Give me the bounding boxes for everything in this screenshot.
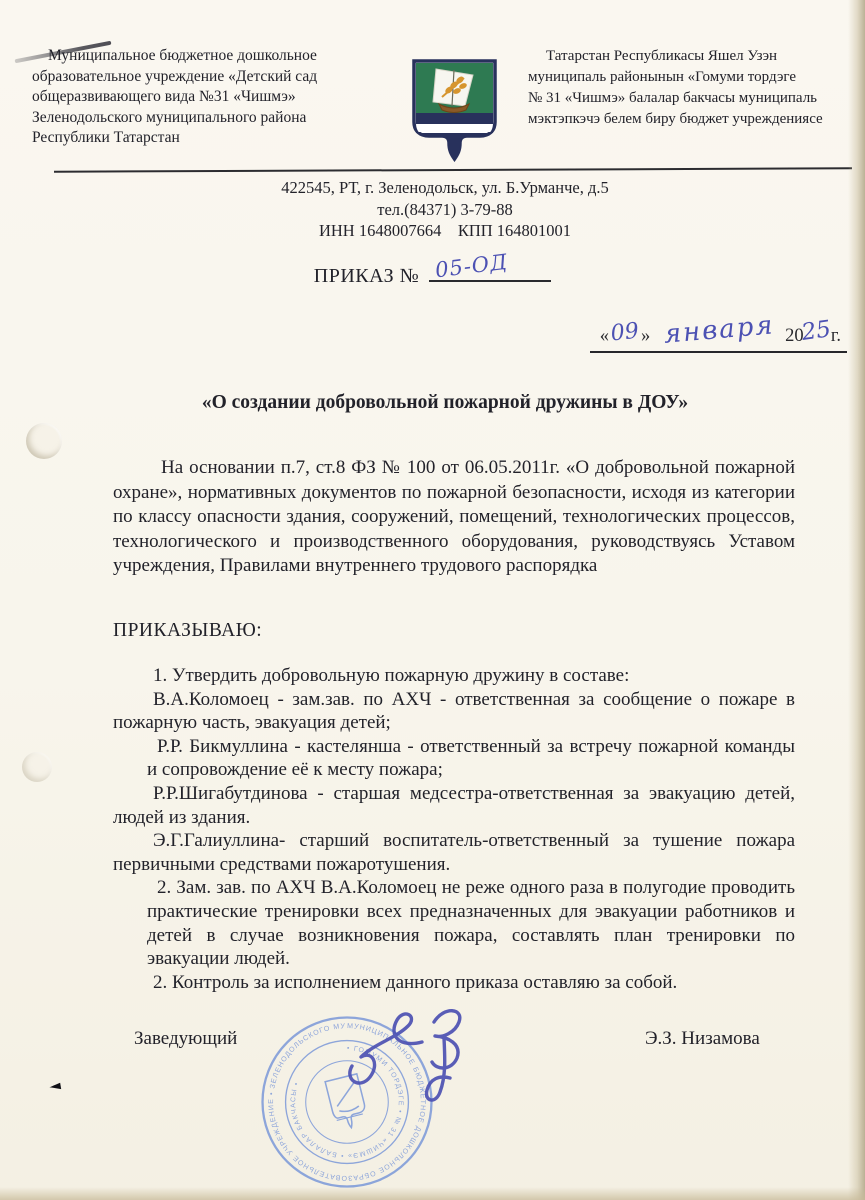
org-name-line: Татарстан Республикасы Яшел Узэн (528, 46, 860, 67)
org-name-russian: Муниципальное бюджетное дошкольное образ… (32, 46, 370, 149)
org-name-line: мэктэпкэчэ белем биру бюджет учрежденияс… (528, 109, 860, 130)
preamble-paragraph: На основании п.7, ст.8 ФЗ № 100 от 06.05… (113, 456, 795, 579)
phone-line: тел.(84371) 3-79-88 (30, 199, 860, 221)
org-name-line: Зеленодольского муниципального района (32, 108, 370, 129)
order-label: ПРИКАЗ № (314, 265, 419, 288)
signatory-name: Э.З. Низамова (645, 1028, 760, 1050)
order-item: Э.Г.Галиуллина- старший воспитатель-отве… (113, 829, 795, 876)
order-item: В.А.Коломоец - зам.зав. по АХЧ - ответст… (113, 688, 795, 735)
signatory-position: Заведующий (134, 1028, 237, 1050)
date-month-handwritten: января (663, 310, 776, 350)
org-name-line: Муниципальное бюджетное дошкольное (32, 46, 370, 67)
order-number-line: ПРИКАЗ №05-ОД (0, 254, 865, 288)
order-date-line: «09»января2025г. (590, 318, 847, 353)
header-divider-line (54, 167, 852, 172)
date-year-handwritten: 25 (799, 316, 832, 346)
org-name-line: образовательное учреждение «Детский сад (32, 67, 370, 88)
org-address-block: 422545, РТ, г. Зеленодольск, ул. Б.Урман… (30, 177, 860, 242)
org-name-line: № 31 «Чишмэ» балалар бакчасы муниципаль (528, 88, 860, 109)
scan-edge-right (848, 0, 865, 1200)
document-title: «О создании добровольной пожарной дружин… (40, 392, 850, 414)
order-number-handwritten: 05-ОД (434, 250, 509, 283)
quote-open: « (600, 326, 609, 346)
zelenodolsk-coat-of-arms-icon (406, 56, 503, 162)
cursor-arrow-mark: ◄ (48, 1078, 62, 1094)
handwritten-signature (338, 1000, 518, 1125)
date-day-handwritten: 09 (610, 319, 640, 347)
address-line: 422545, РТ, г. Зеленодольск, ул. Б.Урман… (30, 177, 860, 199)
order-item: 2. Зам. зав. по АХЧ В.А.Коломоец не реже… (113, 876, 795, 970)
org-name-line: общеразвивающего вида №31 «Чишмэ» (32, 87, 370, 108)
inn-kpp-line: ИНН 1648007664 КПП 164801001 (30, 220, 860, 242)
hole-punch-mark (26, 423, 62, 459)
order-item: Р.Р.Шигабутдинова - старшая медсестра-от… (113, 782, 795, 829)
order-item: 2. Контроль за исполнением данного прика… (113, 971, 795, 995)
quote-close: » (641, 326, 650, 346)
year-suffix: г. (831, 326, 841, 346)
org-name-tatar: Татарстан Республикасы Яшел Узэн муницип… (528, 46, 860, 130)
decree-word: ПРИКАЗЫВАЮ: (113, 620, 262, 642)
org-name-line: Республики Татарстан (32, 128, 370, 149)
order-item: 1. Утвердить добровольную пожарную дружи… (113, 664, 795, 688)
order-number-underline: 05-ОД (429, 254, 551, 282)
scan-edge-bottom (0, 1187, 865, 1200)
org-name-line: муниципаль районынын «Гомуми тордэге (528, 67, 860, 88)
scanned-order-document: ◄ Муниципальное бюджетное дошкольное обр… (0, 0, 865, 1200)
hole-punch-mark (22, 752, 52, 782)
order-item: Р.Р. Бикмуллина - кастелянша - ответстве… (113, 735, 795, 782)
order-items: 1. Утвердить добровольную пожарную дружи… (113, 664, 795, 994)
